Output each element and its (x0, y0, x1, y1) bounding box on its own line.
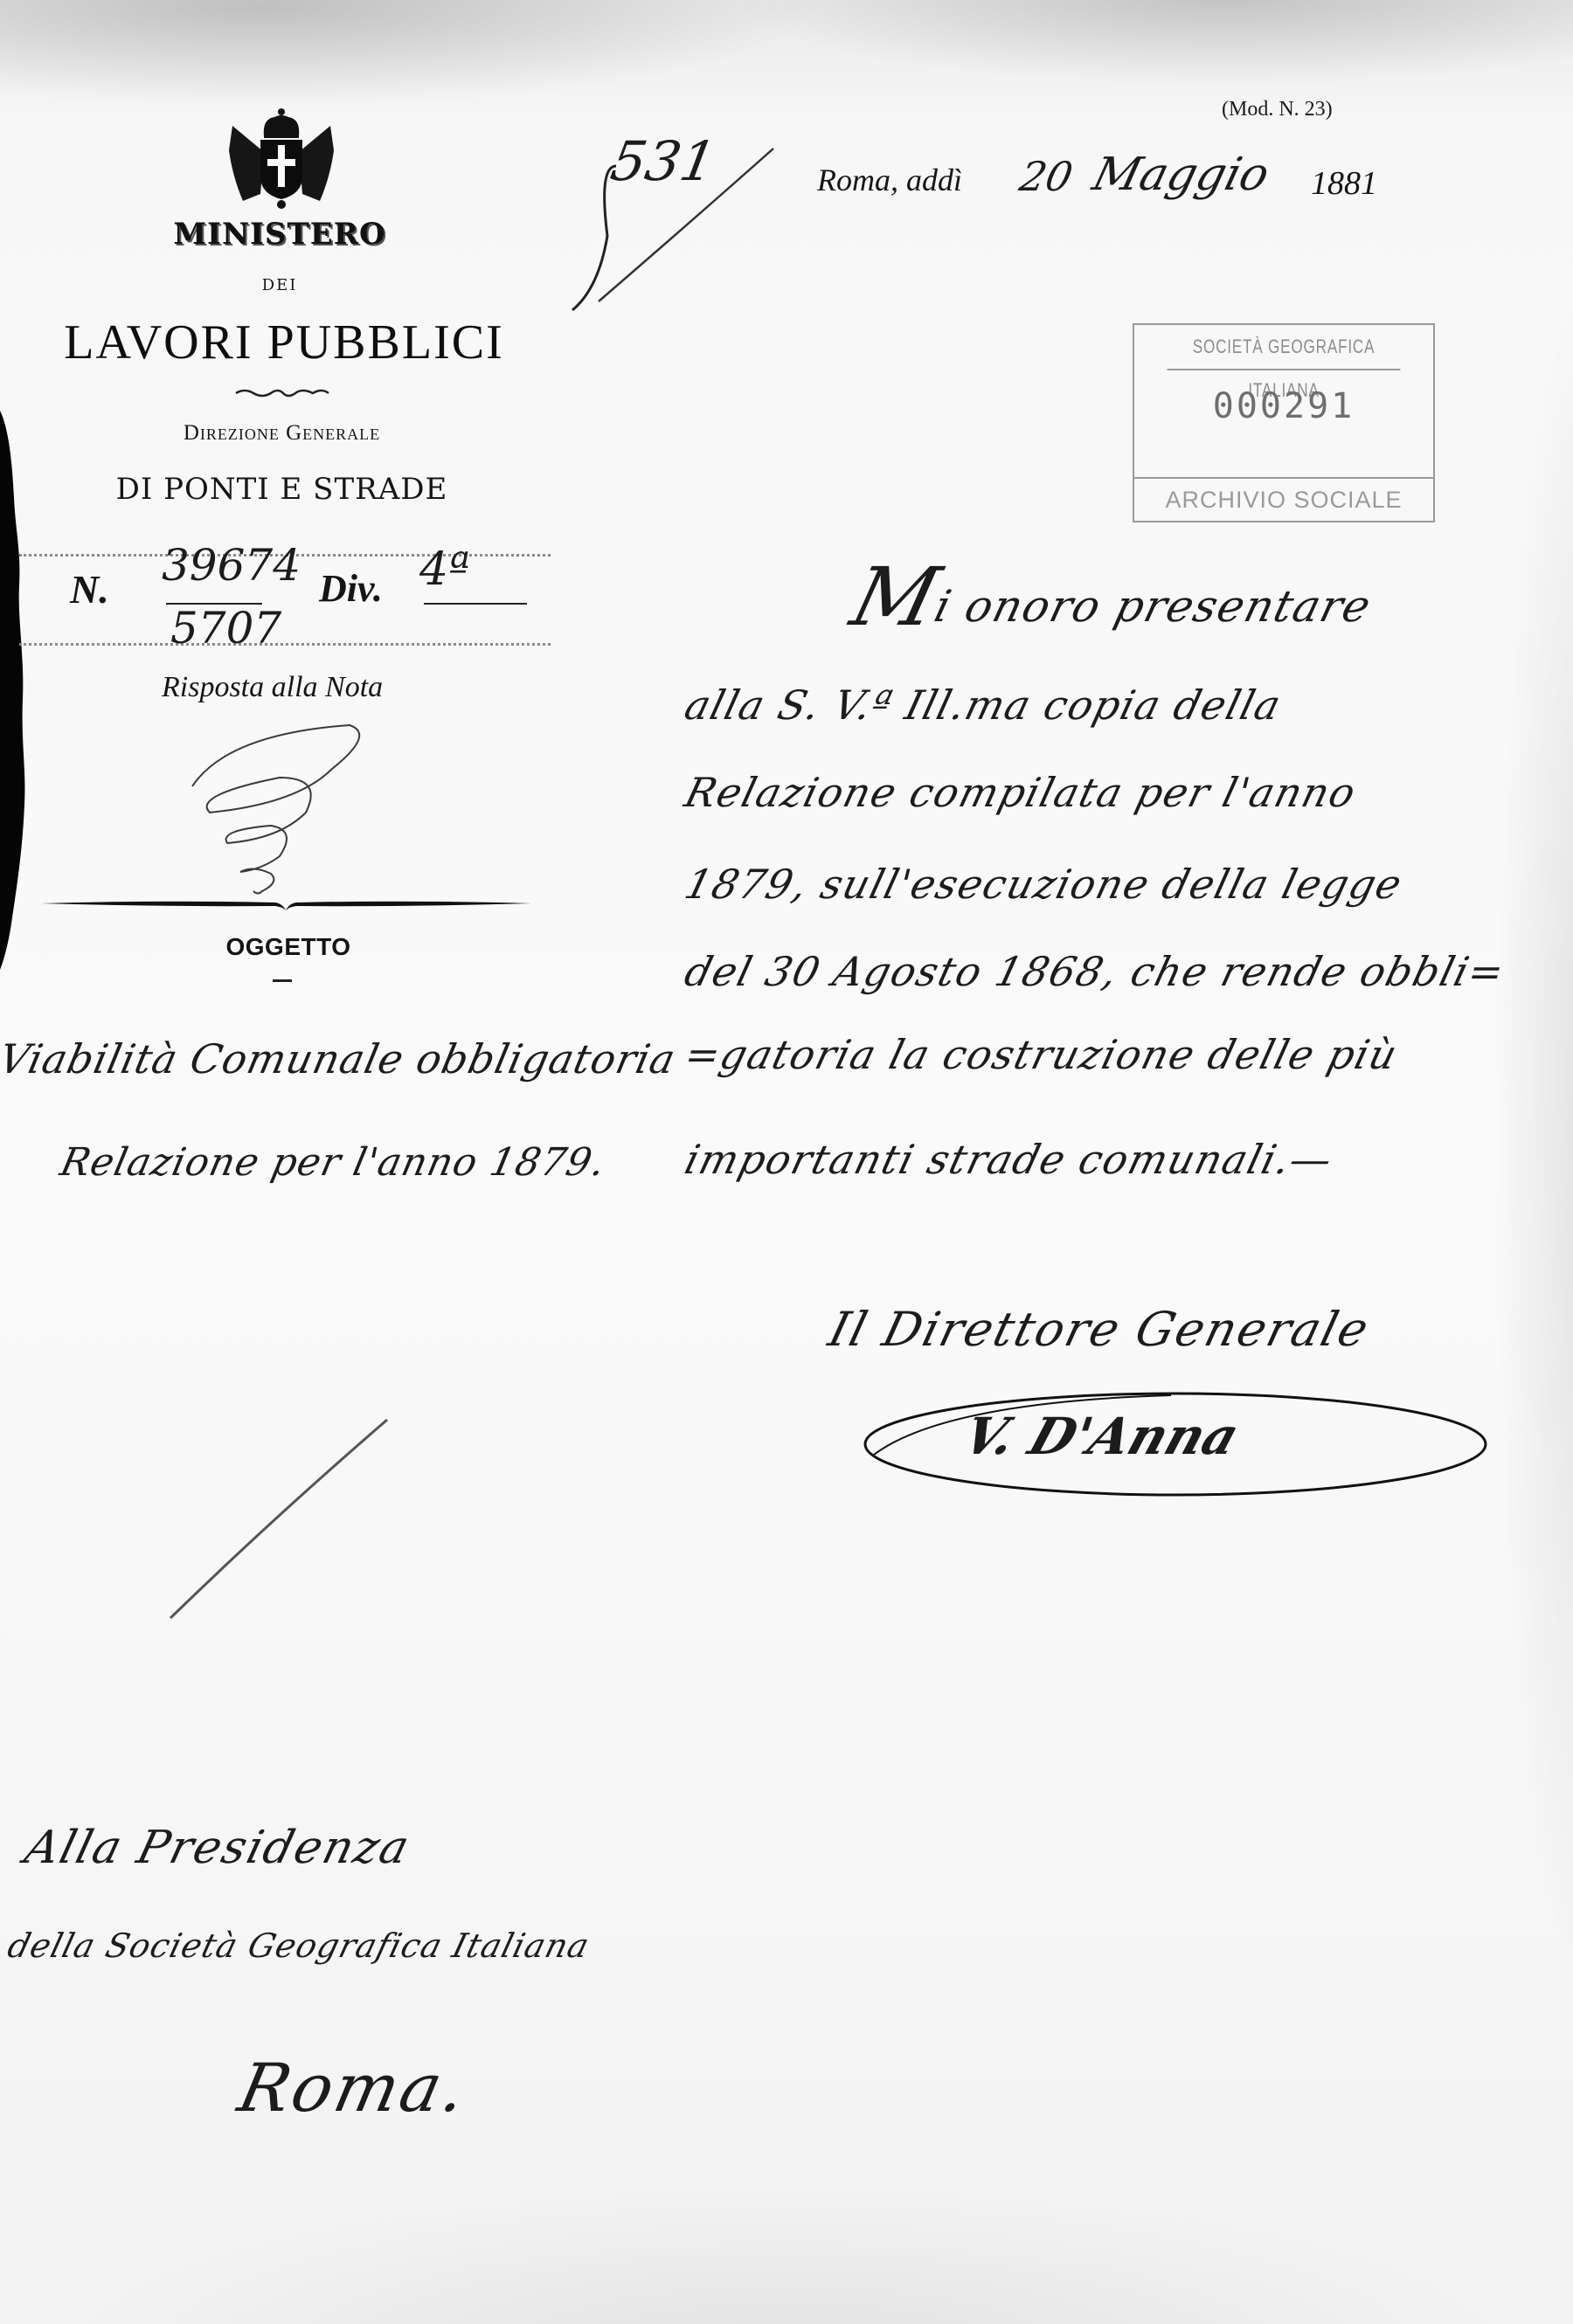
body-line-2: alla S. V.ª Ill.ma copia della (680, 681, 1286, 729)
body-line-3: Relazione compilata per l'anno (680, 769, 1361, 816)
body-line-1: Mi onoro presentare (846, 581, 1377, 632)
ornament-divider (234, 384, 330, 402)
signature: V. D'Anna (956, 1407, 1246, 1466)
archive-stamp: SOCIETÀ GEOGRAFICA ITALIANA 000291 ARCHI… (1133, 323, 1435, 522)
division-value: 4ª (419, 543, 470, 596)
closing-title: Il Direttore Generale (823, 1302, 1376, 1357)
stamp-archive: ARCHIVIO SOCIALE (1134, 477, 1433, 521)
directorate-line-2: DI PONTI E STRADE (79, 472, 485, 507)
protocol-number-value: 39674 (162, 540, 301, 591)
subject-line-2: Relazione per l'anno 1879. (57, 1140, 610, 1185)
ministry-line-2: DEI (236, 276, 323, 294)
ministry-line-1: MINISTERO (131, 217, 428, 252)
address-line-2: della Società Geografica Italiana (4, 1926, 594, 1965)
date-year: 1881 (1311, 164, 1377, 203)
reply-label: Risposta alla Nota (162, 671, 383, 704)
body-line-1-text: i onoro presentare (929, 581, 1376, 632)
protocol-number-sub: 5707 (170, 603, 281, 654)
subject-dash (273, 979, 292, 982)
body-line-7: importanti strade comunali.— (680, 1136, 1338, 1183)
date-day: 20 (1015, 153, 1077, 200)
coat-of-arms-icon (225, 107, 337, 210)
directorate-line-1: Direzione Generale (122, 421, 441, 446)
body-line-5: del 30 Agosto 1868, che rende obbli= (680, 948, 1510, 995)
ornamental-rule (39, 891, 533, 917)
division-underline (424, 603, 527, 605)
division-label: Div. (319, 566, 383, 611)
form-model: (Mod. N. 23) (1222, 98, 1333, 121)
address-line-1: Alla Presidenza (20, 1822, 416, 1874)
dotted-line-bottom (19, 643, 551, 646)
body-line-6: =gatoria la costruzione delle più (680, 1031, 1403, 1078)
protocol-number-label: N. (70, 566, 109, 612)
body-line-4: 1879, sull'esecuzione della legge (680, 861, 1407, 908)
ministry-line-3: LAVORI PUBBLICI (26, 315, 542, 370)
subject-line-1: Viabilità Comunale obbligatoria (0, 1035, 680, 1082)
date-month: Maggio (1088, 149, 1275, 201)
address-line-3: Roma. (232, 2049, 475, 2127)
stamp-number: 000291 (1134, 386, 1433, 426)
torn-edge (0, 411, 35, 970)
margin-annotation: 531 (606, 129, 721, 193)
pen-slash-mark (166, 1415, 393, 1625)
place-label: Roma, addì (817, 162, 962, 198)
spiral-flourish (175, 716, 385, 900)
stamp-society: SOCIETÀ GEOGRAFICA ITALIANA (1168, 325, 1401, 370)
subject-label: OGGETTO (210, 933, 367, 961)
